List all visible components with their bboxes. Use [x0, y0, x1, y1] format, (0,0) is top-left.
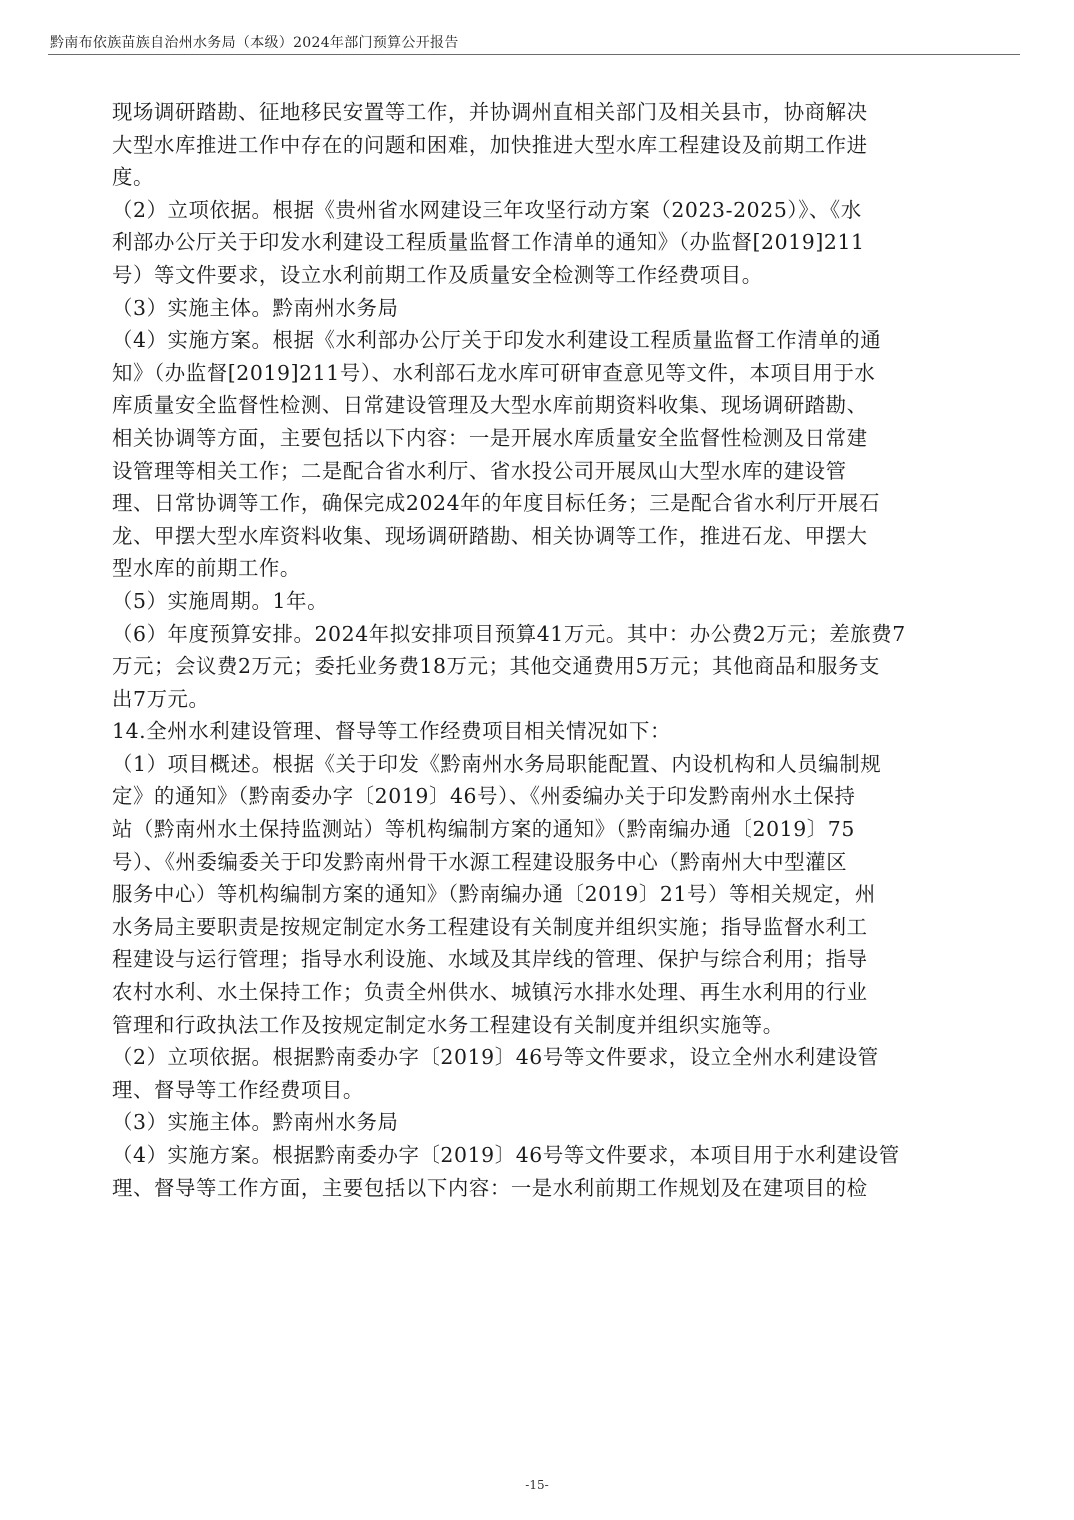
text-line: 现场调研踏勘、征地移民安置等工作，并协调州直相关部门及相关县市，协商解决 [112, 96, 952, 129]
text-line: 龙、甲摆大型水库资料收集、现场调研踏勘、相关协调等工作，推进石龙、甲摆大 [112, 520, 952, 553]
text-line: 度。 [112, 161, 952, 194]
text-line: 程建设与运行管理；指导水利设施、水域及其岸线的管理、保护与综合利用；指导 [112, 943, 952, 976]
page-header: 黔南布依族苗族自治州水务局（本级）2024年部门预算公开报告 [48, 30, 1020, 55]
text-line: 号）等文件要求，设立水利前期工作及质量安全检测等工作经费项目。 [112, 259, 952, 292]
page-number: -15- [0, 1478, 1074, 1492]
text-line: 利部办公厅关于印发水利建设工程质量监督工作清单的通知》（办监督[2019]211 [112, 226, 952, 259]
text-line: （5）实施周期。1年。 [112, 585, 952, 618]
text-line: 万元；会议费2万元；委托业务费18万元；其他交通费用5万元；其他商品和服务支 [112, 650, 952, 683]
text-line: 理、日常协调等工作，确保完成2024年的年度目标任务；三是配合省水利厅开展石 [112, 487, 952, 520]
text-line: （2）立项依据。根据《贵州省水网建设三年攻坚行动方案（2023-2025）》、《… [112, 194, 952, 227]
document-body: 现场调研踏勘、征地移民安置等工作，并协调州直相关部门及相关县市，协商解决大型水库… [112, 96, 952, 1204]
text-line: （4）实施方案。根据黔南委办字〔2019〕46号等文件要求，本项目用于水利建设管 [112, 1139, 952, 1172]
text-line: 水务局主要职责是按规定制定水务工程建设有关制度并组织实施；指导监督水利工 [112, 911, 952, 944]
text-line: 定》的通知》（黔南委办字〔2019〕46号）、《州委编办关于印发黔南州水土保持 [112, 780, 952, 813]
text-line: 理、督导等工作经费项目。 [112, 1074, 952, 1107]
text-line: 设管理等相关工作；二是配合省水利厅、省水投公司开展凤山大型水库的建设管 [112, 455, 952, 488]
text-line: 大型水库推进工作中存在的问题和困难，加快推进大型水库工程建设及前期工作进 [112, 129, 952, 162]
text-line: 站（黔南州水土保持监测站）等机构编制方案的通知》（黔南编办通〔2019〕75 [112, 813, 952, 846]
text-line: （6）年度预算安排。2024年拟安排项目预算41万元。其中：办公费2万元；差旅费… [112, 618, 952, 651]
text-line: （1）项目概述。根据《关于印发《黔南州水务局职能配置、内设机构和人员编制规 [112, 748, 952, 781]
text-line: （3）实施主体。黔南州水务局 [112, 1106, 952, 1139]
text-line: 农村水利、水土保持工作；负责全州供水、城镇污水排水处理、再生水利用的行业 [112, 976, 952, 1009]
text-line: 出7万元。 [112, 683, 952, 716]
text-line: 相关协调等方面，主要包括以下内容：一是开展水库质量安全监督性检测及日常建 [112, 422, 952, 455]
text-line: 号）、《州委编委关于印发黔南州骨干水源工程建设服务中心（黔南州大中型灌区 [112, 846, 952, 879]
text-line: （4）实施方案。根据《水利部办公厅关于印发水利建设工程质量监督工作清单的通 [112, 324, 952, 357]
text-line: 服务中心）等机构编制方案的通知》（黔南编办通〔2019〕21号）等相关规定，州 [112, 878, 952, 911]
text-line: 14.全州水利建设管理、督导等工作经费项目相关情况如下： [112, 715, 952, 748]
text-line: 型水库的前期工作。 [112, 552, 952, 585]
document-title: 黔南布依族苗族自治州水务局（本级）2024年部门预算公开报告 [50, 32, 459, 52]
text-line: 库质量安全监督性检测、日常建设管理及大型水库前期资料收集、现场调研踏勘、 [112, 389, 952, 422]
text-line: 管理和行政执法工作及按规定制定水务工程建设有关制度并组织实施等。 [112, 1009, 952, 1042]
text-line: 知》（办监督[2019]211号）、水利部石龙水库可研审查意见等文件，本项目用于… [112, 357, 952, 390]
text-line: （3）实施主体。黔南州水务局 [112, 292, 952, 325]
text-line: 理、督导等工作方面，主要包括以下内容：一是水利前期工作规划及在建项目的检 [112, 1172, 952, 1205]
text-line: （2）立项依据。根据黔南委办字〔2019〕46号等文件要求，设立全州水利建设管 [112, 1041, 952, 1074]
